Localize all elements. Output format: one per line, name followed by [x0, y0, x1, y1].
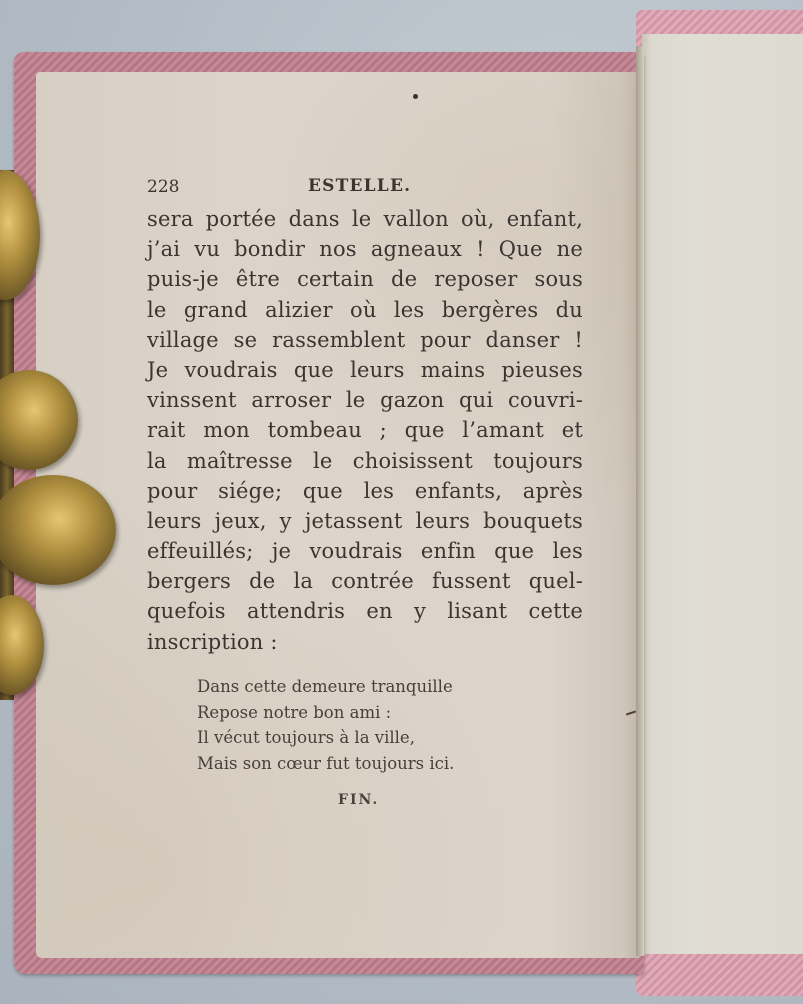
epitaph-verse: Dans cette demeure tranquille Repose not… — [197, 674, 454, 776]
body-paragraph: sera portée dans le vallon où, enfant, j… — [147, 204, 583, 657]
right-endpaper — [642, 34, 803, 954]
end-mark: FIN. — [338, 792, 379, 808]
body-line: Je voudrais que leurs mains pieuses — [147, 355, 583, 385]
body-line: le grand alizier où les bergères du — [147, 295, 583, 325]
body-line: pour siége; que les enfants, après — [147, 476, 583, 506]
body-line: bergers de la contrée fussent quel- — [147, 566, 583, 596]
verse-line: Mais son cœur fut toujours ici. — [197, 751, 454, 777]
brass-clasp — [0, 170, 120, 700]
body-line: inscription : — [147, 627, 583, 657]
verse-line: Dans cette demeure tranquille — [197, 674, 454, 700]
running-head: 228 ESTELLE. — [147, 174, 583, 204]
verse-line: Repose notre bon ami : — [197, 700, 454, 726]
body-line: la maîtresse le choisissent toujours — [147, 446, 583, 476]
book-gutter — [636, 46, 644, 956]
body-line: rait mon tombeau ; que l’amant et — [147, 415, 583, 445]
clasp-lobe-upper — [0, 370, 78, 470]
running-title: ESTELLE. — [308, 176, 411, 196]
clasp-lobe-middle — [0, 475, 116, 585]
page-number: 228 — [147, 177, 179, 197]
verse-line: Il vécut toujours à la ville, — [197, 725, 454, 751]
body-line: effeuillés; je voudrais enfin que les — [147, 536, 583, 566]
body-line: sera portée dans le vallon où, enfant, — [147, 204, 583, 234]
page-text: 228 ESTELLE. sera portée dans le vallon … — [147, 174, 583, 657]
clasp-lobe-bottom — [0, 595, 44, 695]
body-line: quefois attendris en y lisant cette — [147, 596, 583, 626]
paper-speck — [413, 94, 418, 99]
clasp-lobe-top — [0, 170, 40, 300]
body-line: village se rassemblent pour danser ! — [147, 325, 583, 355]
body-line: leurs jeux, y jetassent leurs bouquets — [147, 506, 583, 536]
body-line: j’ai vu bondir nos agneaux ! Que ne — [147, 234, 583, 264]
body-line: puis-je être certain de reposer sous — [147, 264, 583, 294]
body-line: vinssent arroser le gazon qui couvri- — [147, 385, 583, 415]
